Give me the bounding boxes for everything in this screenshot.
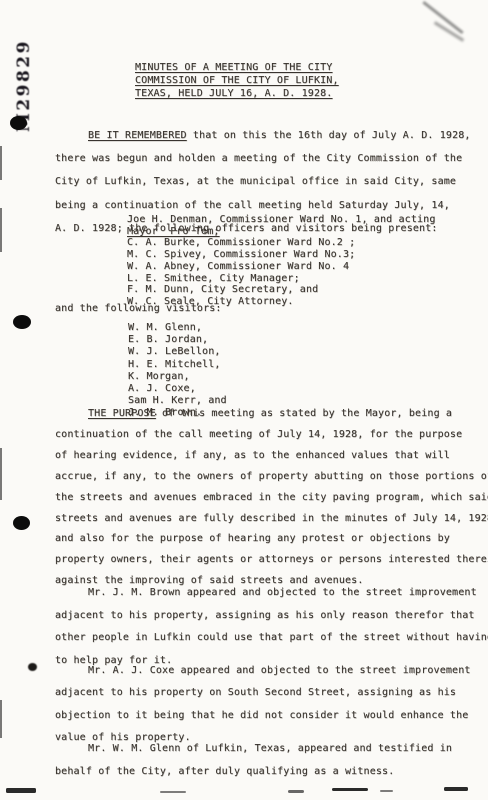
text-line: Mr. J. M. Brown appeared and objected to… xyxy=(55,582,488,605)
text-line: adjacent to his property on South Second… xyxy=(55,682,471,704)
scan-smudge xyxy=(332,788,368,791)
text-line: and also for the purpose of hearing any … xyxy=(55,529,488,550)
scan-edge-line xyxy=(0,146,2,180)
text-line: Mr. W. M. Glenn of Lufkin, Texas, appear… xyxy=(55,737,452,760)
document-title: MINUTES OF A MEETING OF THE CITY COMMISS… xyxy=(135,62,339,100)
text-line: there was begun and holden a meeting of … xyxy=(55,147,471,170)
text-line: other people in Lufkin could use that pa… xyxy=(55,627,488,650)
scan-smudge xyxy=(288,790,304,793)
scan-edge-line xyxy=(0,448,2,500)
officer-line: F. M. Dunn, City Secretary, and xyxy=(127,284,436,296)
text-line: Mr. A. J. Coxe appeared and objected to … xyxy=(55,660,471,682)
punch-hole xyxy=(13,516,30,530)
scan-smudge xyxy=(160,791,186,793)
text-line: objection to it being that he did not co… xyxy=(55,705,471,727)
punch-hole xyxy=(13,315,31,329)
typewritten-text: MINUTES OF A MEETING OF THE CITY COMMISS… xyxy=(0,0,488,800)
document-title-line: MINUTES OF A MEETING OF THE CITY xyxy=(135,62,339,75)
text-line: City of Lufkin, Texas, at the municipal … xyxy=(55,170,471,193)
officer-line: Joe H. Denman, Commissioner Ward No. 1, … xyxy=(127,214,436,226)
coxe-objection-paragraph: Mr. A. J. Coxe appeared and objected to … xyxy=(55,660,471,749)
purpose-paragraph: THE PURPOSE of this meeting as stated by… xyxy=(55,404,488,592)
officer-line: M. C. Spivey, Commissioner Ward No.3; xyxy=(127,249,436,261)
punch-hole xyxy=(10,116,27,130)
text-line: adjacent to his property, assigning as h… xyxy=(55,605,488,628)
text-line: of hearing evidence, if any, as to the e… xyxy=(55,446,488,467)
officer-line: L. E. Smithee, City Manager; xyxy=(127,273,436,285)
visitors-intro: and the following visitors: xyxy=(55,303,222,314)
scan-edge-line xyxy=(0,208,2,252)
scan-smudge xyxy=(444,787,468,791)
text-line: streets and avenues are fully described … xyxy=(55,509,488,530)
text-line: THE PURPOSE of this meeting as stated by… xyxy=(55,404,488,425)
text-line: property owners, their agents or attorne… xyxy=(55,550,488,571)
purpose-lead: THE PURPOSE xyxy=(88,408,156,419)
officers-list: Joe H. Denman, Commissioner Ward No. 1, … xyxy=(127,214,436,308)
visitor-line: H. E. Mitchell, xyxy=(128,359,227,371)
visitor-line: E. B. Jordan, xyxy=(128,334,227,346)
visitor-line: K. Morgan, xyxy=(128,371,227,383)
document-page: M29829 MINUTES OF A MEETING OF THE CITY … xyxy=(0,0,488,800)
ink-blob xyxy=(28,663,37,671)
officer-line: C. A. Burke, Commissioner Ward No.2 ; xyxy=(127,237,436,249)
text-line: accrue, if any, to the owners of propert… xyxy=(55,467,488,488)
scan-edge-line xyxy=(0,700,2,738)
scan-smudge xyxy=(380,790,393,792)
officer-line: Mayor Pro Tem; xyxy=(127,226,436,238)
text-line: BE IT REMEMBERED that on this the 16th d… xyxy=(55,124,471,147)
text-line: behalf of the City, after duly qualifyin… xyxy=(55,760,452,783)
glenn-testimony-paragraph: Mr. W. M. Glenn of Lufkin, Texas, appear… xyxy=(55,737,452,783)
text-line: continuation of the call meeting of July… xyxy=(55,425,488,446)
purpose-rest: of this meeting as stated by the Mayor, … xyxy=(156,408,452,419)
officer-line: W. A. Abney, Commissioner Ward No. 4 xyxy=(127,261,436,273)
document-title-line: COMMISSION OF THE CITY OF LUFKIN, xyxy=(135,75,339,88)
visitor-line: W. J. LeBellon, xyxy=(128,346,227,358)
document-title-line: TEXAS, HELD JULY 16, A. D. 1928. xyxy=(135,88,339,101)
opening-rest: that on this the 16th day of July A. D. … xyxy=(187,130,471,141)
text-line: and the following visitors: xyxy=(55,303,222,314)
visitor-line: A. J. Coxe, xyxy=(128,383,227,395)
brown-objection-paragraph: Mr. J. M. Brown appeared and objected to… xyxy=(55,582,488,672)
scan-smudge xyxy=(6,788,36,793)
visitor-line: W. M. Glenn, xyxy=(128,322,227,334)
opening-lead: BE IT REMEMBERED xyxy=(88,130,187,141)
text-line: the streets and avenues embraced in the … xyxy=(55,488,488,509)
